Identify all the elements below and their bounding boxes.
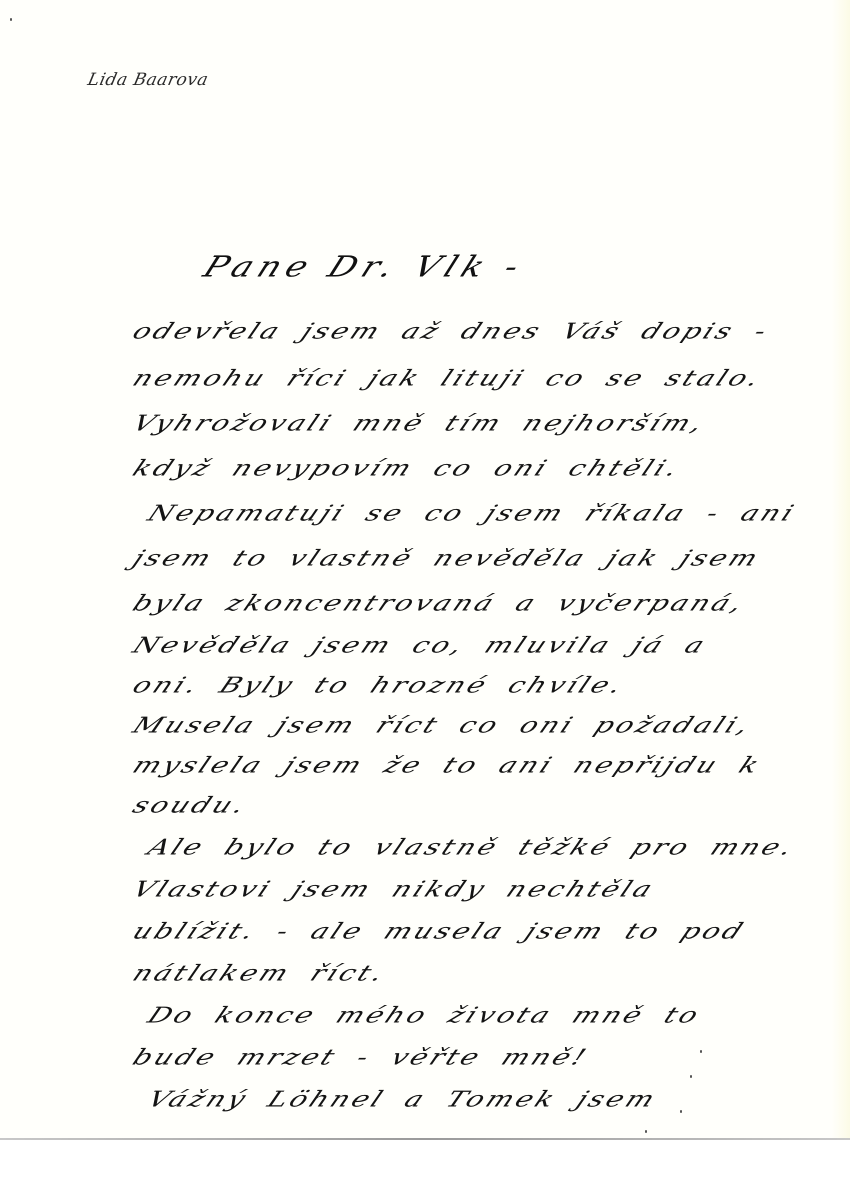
letter-line: byla zkoncentrovaná a vyčerpaná,: [129, 590, 750, 616]
scan-speck: [680, 1110, 682, 1113]
letter-line: Vyhrožovali mně tím nejhorším,: [129, 410, 711, 436]
letter-line: nátlakem říct.: [129, 960, 391, 986]
letter-line: Nevěděla jsem co, mluvila já a: [129, 632, 712, 658]
scan-speck: [700, 1050, 702, 1053]
scan-speck: [690, 1075, 692, 1078]
letter-line: když nevypovím co oni chtěli.: [129, 455, 686, 481]
letter-line: Vážný Löhnel a Tomek jsem: [144, 1086, 662, 1112]
letter-line: odevřela jsem až dnes Váš dopis -: [129, 318, 774, 344]
letterhead-name: Lida Baarova: [86, 70, 210, 90]
letter-line: Vlastovi jsem nikdy nechtěla: [129, 876, 660, 902]
letter-line: jsem to vlastně nevěděla jak jsem: [129, 545, 766, 571]
scan-background: [0, 1140, 850, 1202]
scan-speck: [645, 1130, 647, 1133]
letter-line: nemohu říci jak lituji co se stalo.: [129, 365, 767, 391]
letter-page: Lida Baarova Pane Dr. Vlk - odevřela jse…: [0, 0, 850, 1140]
letter-line: Do konce mého života mně to: [144, 1002, 706, 1028]
letter-line: ublížit. - ale musela jsem to pod: [129, 918, 750, 944]
letter-line: Nepamatuji se co jsem říkala - ani: [144, 500, 801, 526]
letter-line: oni. Byly to hrozné chvíle.: [129, 672, 630, 698]
letter-line: soudu.: [129, 792, 253, 818]
paper-edge-tint: [832, 0, 850, 1140]
letter-line: bude mrzet - věřte mně!: [129, 1044, 593, 1070]
letter-line: myslela jsem že to ani nepřijdu k: [129, 752, 767, 778]
letter-line: Musela jsem říct co oni požadali,: [129, 712, 757, 738]
salutation: Pane Dr. Vlk -: [198, 250, 530, 284]
letter-line: Ale bylo to vlastně těžké pro mne.: [144, 834, 800, 860]
scan-speck: [10, 18, 12, 21]
